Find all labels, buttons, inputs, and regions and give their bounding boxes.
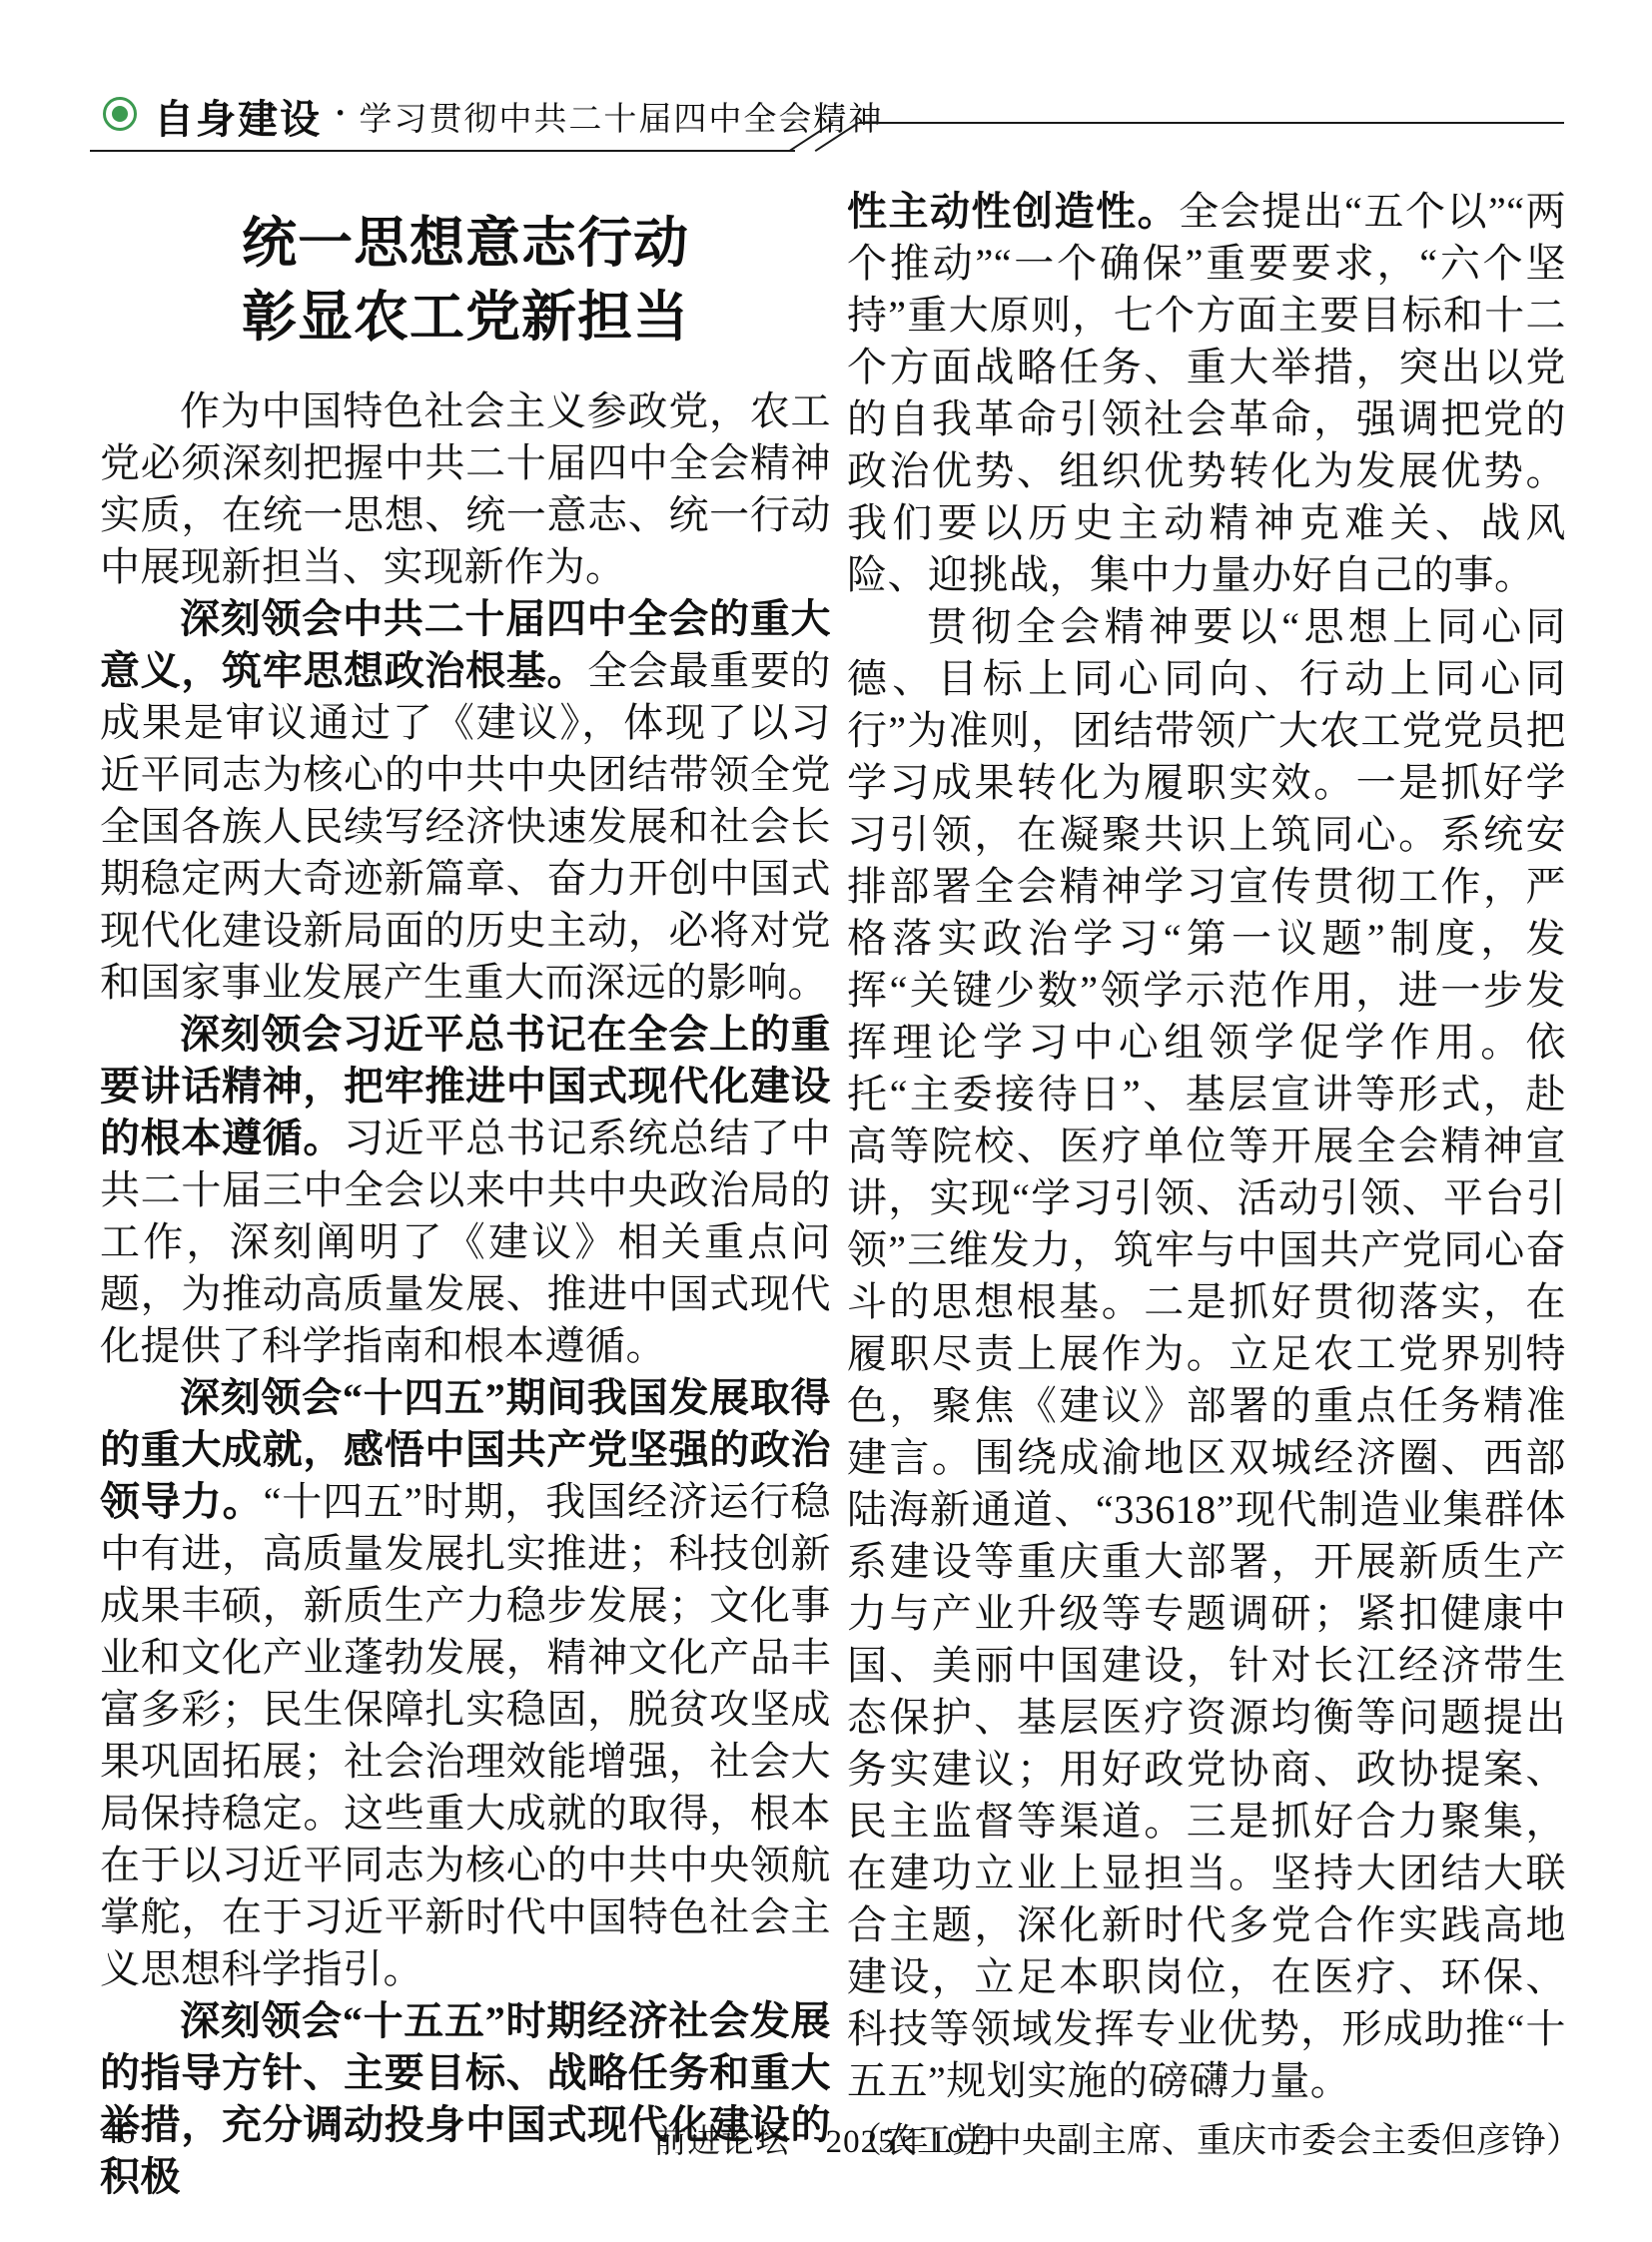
journal-name: 前进论坛: [653, 2124, 789, 2160]
article-body: 统一思想意志行动 彰显农工党新担当 作为中国特色社会主义参政党，农工党必须深刻把…: [100, 186, 1566, 2203]
article-title-line1: 统一思想意志行动: [242, 212, 689, 274]
header-rule-lower: [90, 150, 795, 152]
right-column: 性主动性创造性。全会提出“五个以”“两个推动”“一个确保”重要要求，“六个坚持”…: [847, 186, 1566, 2203]
page-header: 自身建设 · 学习贯彻中共二十届四中全会精神: [0, 0, 1652, 170]
article-title-line2: 彰显农工党新担当: [242, 286, 689, 348]
text-run: 贯彻全会精神要以“思想上同心同德、目标上同心同向、行动上同心同行”为准则，团结带…: [847, 604, 1566, 2103]
paragraph: 深刻领会“十五五”时期经济社会发展的指导方针、主要目标、战略任务和重大举措，充分…: [100, 1995, 831, 2203]
paragraph: 贯彻全会精神要以“思想上同心同德、目标上同心同向、行动上同心同行”为准则，团结带…: [847, 601, 1566, 2107]
header-rule-upper: [859, 122, 1564, 124]
paragraph: 作为中国特色社会主义参政党，农工党必须深刻把握中共二十届四中全会精神实质，在统一…: [100, 385, 831, 593]
text-run: 全会最重要的成果是审议通过了《建议》，体现了以习近平同志为核心的中共中央团结带领…: [100, 648, 831, 1005]
bold-text-run: 性主动性创造性。: [847, 189, 1179, 234]
issue-date: 2025年10月: [826, 2124, 999, 2160]
magazine-page: 自身建设 · 学习贯彻中共二十届四中全会精神 统一思想意志行动 彰显农工党新担当…: [0, 0, 1652, 2242]
paragraph: 深刻领会“十四五”期间我国发展取得的重大成就，感悟中国共产党坚强的政治领导力。“…: [100, 1372, 831, 1995]
left-paragraphs: 作为中国特色社会主义参政党，农工党必须深刻把握中共二十届四中全会精神实质，在统一…: [100, 385, 831, 2203]
footer-center: 前进论坛2025年10月: [0, 2115, 1652, 2162]
section-bullet-dot: [112, 106, 128, 122]
right-paragraphs: 性主动性创造性。全会提出“五个以”“两个推动”“一个确保”重要要求，“六个坚持”…: [847, 186, 1566, 2107]
left-column: 统一思想意志行动 彰显农工党新担当 作为中国特色社会主义参政党，农工党必须深刻把…: [100, 186, 831, 2203]
paragraph: 深刻领会习近平总书记在全会上的重要讲话精神，把牢推进中国式现代化建设的根本遵循。…: [100, 1009, 831, 1372]
paragraph: 深刻领会中共二十届四中全会的重大意义，筑牢思想政治根基。全会最重要的成果是审议通…: [100, 593, 831, 1009]
paragraph: 性主动性创造性。全会提出“五个以”“两个推动”“一个确保”重要要求，“六个坚持”…: [847, 186, 1566, 601]
text-run: “十四五”时期，我国经济运行稳中有进，高质量发展扎实推进；科技创新成果丰硕，新质…: [100, 1479, 831, 1991]
section-bullet-icon: [103, 97, 137, 131]
section-topic: 学习贯彻中共二十届四中全会精神: [359, 93, 883, 140]
page-footer: 46 前进论坛2025年10月: [0, 2109, 1652, 2169]
article-title: 统一思想意志行动 彰显农工党新担当: [100, 206, 831, 354]
header-text: 自身建设 · 学习贯彻中共二十届四中全会精神: [154, 92, 883, 140]
section-name: 自身建设: [154, 88, 322, 145]
text-run: 作为中国特色社会主义参政党，农工党必须深刻把握中共二十届四中全会精神实质，在统一…: [100, 388, 831, 589]
text-run: 全会提出“五个以”“两个推动”“一个确保”重要要求，“六个坚持”重大原则，七个方…: [847, 189, 1566, 597]
section-separator: ·: [335, 95, 346, 133]
